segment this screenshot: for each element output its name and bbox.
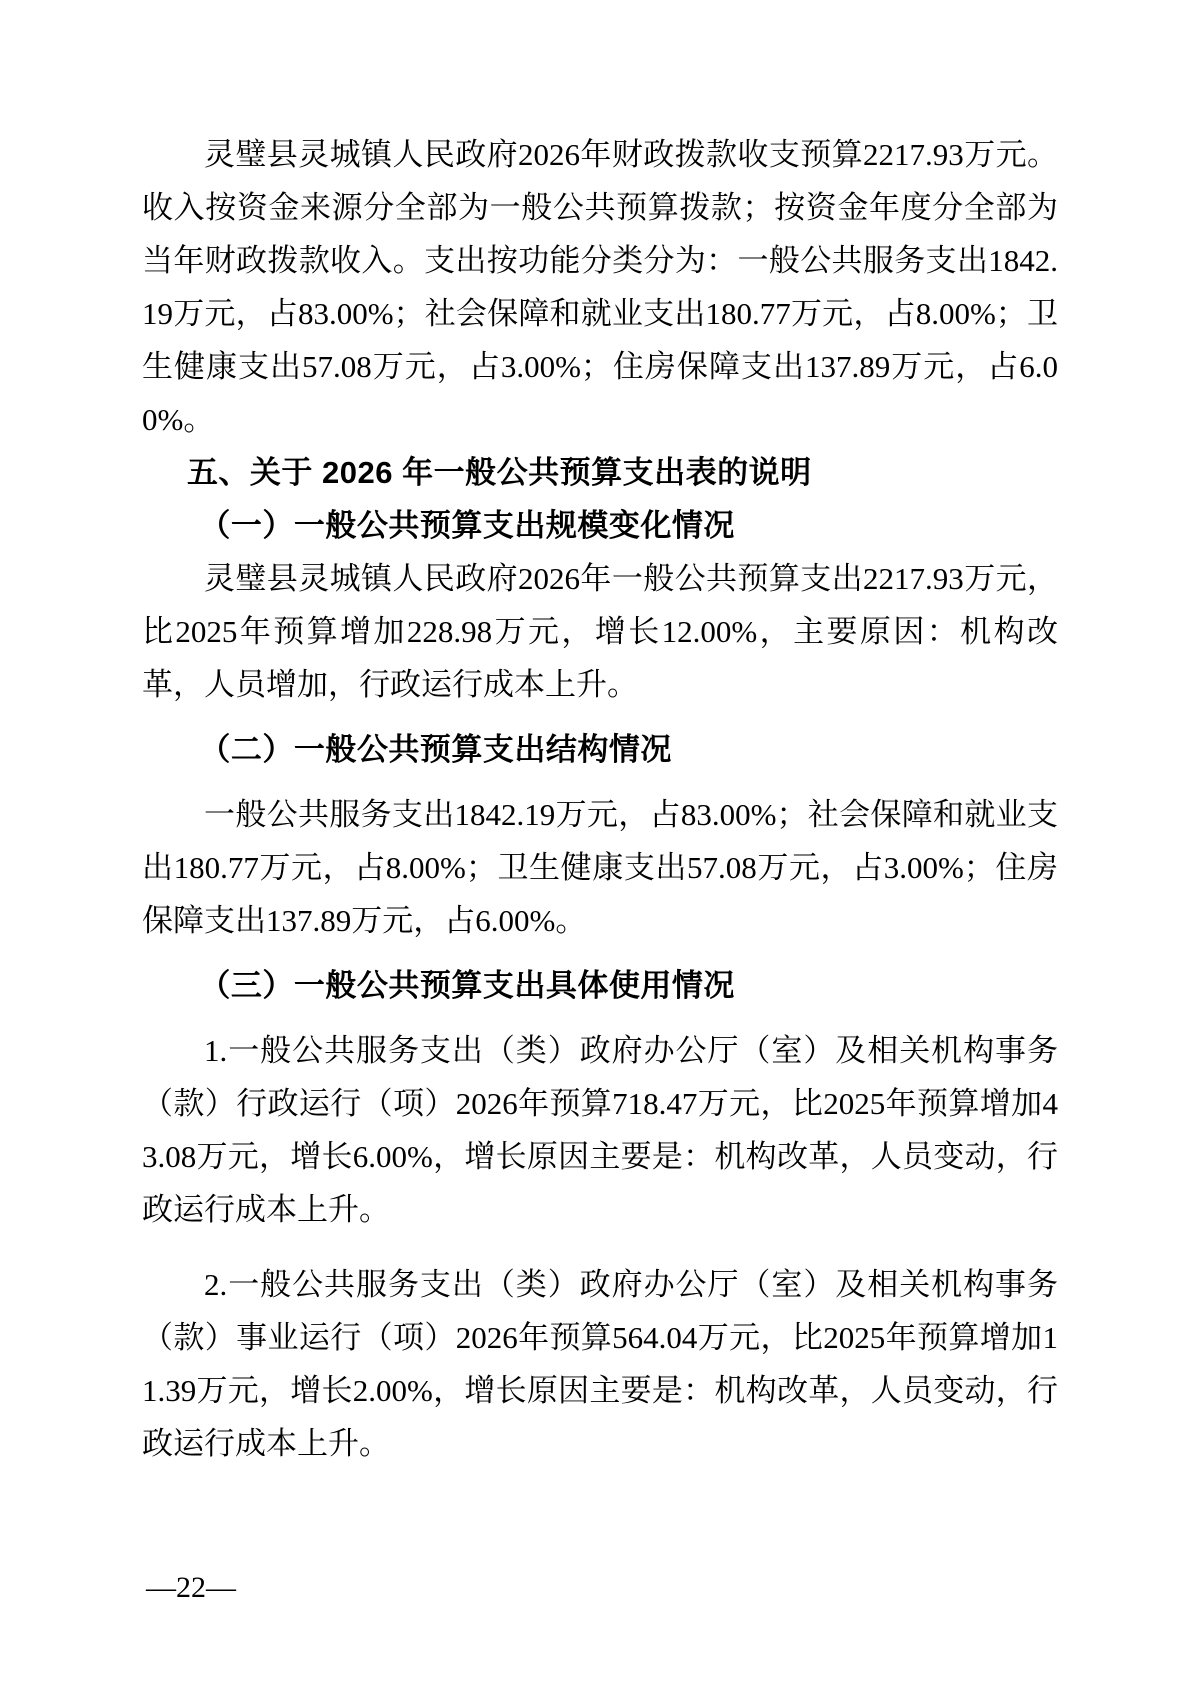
heading-subsection-one: （一）一般公共预算支出规模变化情况 [142,499,1058,552]
paragraph-expenditure-scale-change: 灵璧县灵城镇人民政府2026年一般公共预算支出2217.93万元，比2025年预… [142,552,1058,711]
paragraph-item-1-administrative-operation: 1.一般公共服务支出（类）政府办公厅（室）及相关机构事务（款）行政运行（项）20… [142,1024,1058,1236]
document-body: 灵璧县灵城镇人民政府2026年财政拨款收支预算2217.93万元。收入按资金来源… [142,128,1058,1470]
heading-subsection-two: （二）一般公共预算支出结构情况 [142,723,1058,776]
document-page: 灵璧县灵城镇人民政府2026年财政拨款收支预算2217.93万元。收入按资金来源… [0,0,1190,1683]
heading-subsection-three: （三）一般公共预算支出具体使用情况 [142,959,1058,1012]
paragraph-fiscal-appropriation-summary: 灵璧县灵城镇人民政府2026年财政拨款收支预算2217.93万元。收入按资金来源… [142,128,1058,446]
paragraph-expenditure-structure: 一般公共服务支出1842.19万元，占83.00%；社会保障和就业支出180.7… [142,788,1058,947]
page-number: —22— [146,1570,236,1606]
paragraph-item-2-institutional-operation: 2.一般公共服务支出（类）政府办公厅（室）及相关机构事务（款）事业运行（项）20… [142,1258,1058,1470]
heading-section-five: 五、关于 2026 年一般公共预算支出表的说明 [142,446,1058,499]
